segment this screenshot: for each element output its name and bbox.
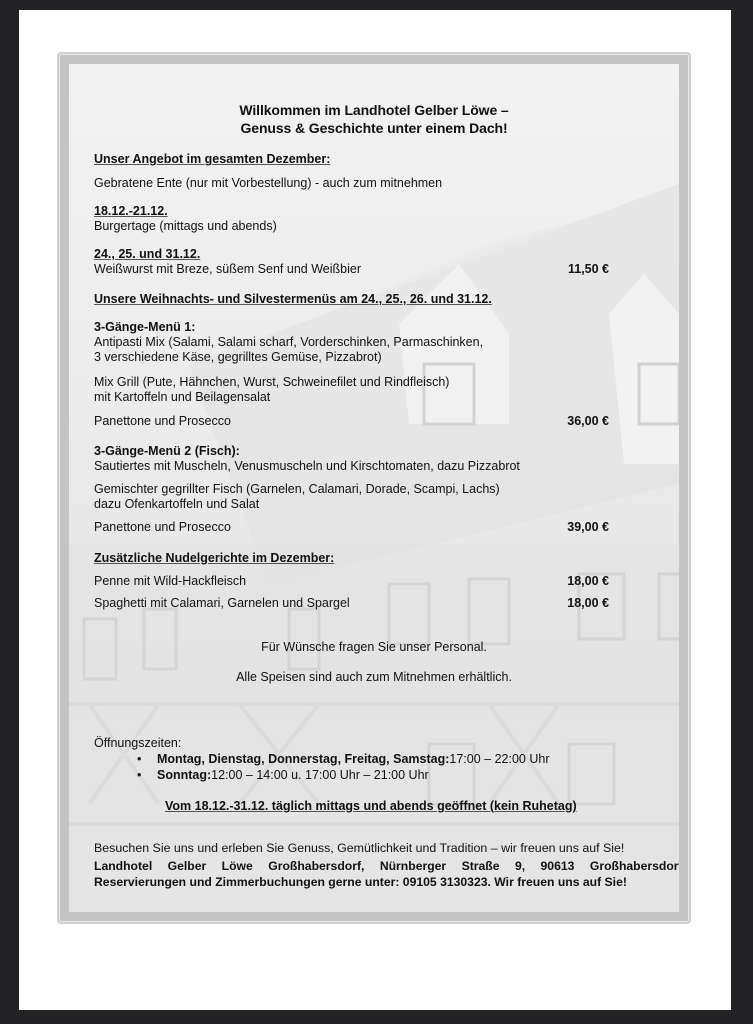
burger-date: 18.12.-21.12. xyxy=(94,204,168,218)
title-line-2: Genuss & Geschichte unter einem Dach! xyxy=(69,119,679,137)
pasta-heading: Zusätzliche Nudelgerichte im Dezember: xyxy=(94,551,334,565)
flyer-frame: Willkommen im Landhotel Gelber Löwe – Ge… xyxy=(57,52,691,924)
pasta-item-price: 18,00 € xyxy=(529,596,609,610)
title-line-1: Willkommen im Landhotel Gelber Löwe – xyxy=(69,101,679,119)
burger-offer: Burgertage (mittags und abends) xyxy=(94,219,277,233)
holiday-hours-note: Vom 18.12.-31.12. täglich mittags und ab… xyxy=(165,799,577,813)
menu1-price: 36,00 € xyxy=(529,414,609,428)
flyer-content: Willkommen im Landhotel Gelber Löwe – Ge… xyxy=(69,64,679,912)
address-text: Landhotel Gelber Löwe Großhabersdorf, Nü… xyxy=(94,859,679,873)
hours-item: • Sonntag: 12:00 – 14:00 u. 17:00 Uhr – … xyxy=(137,768,429,782)
menu2-title: 3-Gänge-Menü 2 (Fisch): xyxy=(94,444,240,458)
menu2-course2-line2: dazu Ofenkartoffeln und Salat xyxy=(94,497,259,511)
weisswurst-price: 11,50 € xyxy=(529,262,609,276)
weisswurst-offer: Weißwurst mit Breze, süßem Senf und Weiß… xyxy=(94,262,361,276)
hours-time: 17:00 – 22:00 Uhr xyxy=(449,752,549,766)
december-heading: Unser Angebot im gesamten Dezember: xyxy=(94,152,330,166)
takeaway-note: Alle Speisen sind auch zum Mitnehmen erh… xyxy=(69,670,679,684)
duck-offer: Gebratene Ente (nur mit Vorbestellung) -… xyxy=(94,176,442,190)
menu1-title: 3-Gänge-Menü 1: xyxy=(94,320,195,334)
menu1-course2-line2: mit Kartoffeln und Beilagensalat xyxy=(94,390,270,404)
menu1-course1-line1: Antipasti Mix (Salami, Salami scharf, Vo… xyxy=(94,335,483,349)
menu1-course2-line1: Mix Grill (Pute, Hähnchen, Wurst, Schwei… xyxy=(94,375,449,389)
menu2-course1: Sautiertes mit Muscheln, Venusmuscheln u… xyxy=(94,459,520,473)
bullet-icon: • xyxy=(137,752,157,766)
flyer-panel: Willkommen im Landhotel Gelber Löwe – Ge… xyxy=(69,64,679,912)
wishes-note: Für Wünsche fragen Sie unser Personal. xyxy=(69,640,679,654)
pasta-item-price: 18,00 € xyxy=(529,574,609,588)
hours-days: Sonntag: xyxy=(157,768,211,782)
hours-item: • Montag, Dienstag, Donnerstag, Freitag,… xyxy=(137,752,549,766)
invite-text: Besuchen Sie uns und erleben Sie Genuss,… xyxy=(94,841,624,855)
hours-label: Öffnungszeiten: xyxy=(94,736,181,750)
document-page: Willkommen im Landhotel Gelber Löwe – Ge… xyxy=(19,10,731,1010)
weisswurst-date: 24., 25. und 31.12. xyxy=(94,247,200,261)
menu1-course3: Panettone und Prosecco xyxy=(94,414,231,428)
bullet-icon: • xyxy=(137,768,157,782)
menu2-course3: Panettone und Prosecco xyxy=(94,520,231,534)
menu2-course2-line1: Gemischter gegrillter Fisch (Garnelen, C… xyxy=(94,482,500,496)
reservation-text: Reservierungen und Zimmerbuchungen gerne… xyxy=(94,875,627,889)
pasta-item-name: Penne mit Wild-Hackfleisch xyxy=(94,574,246,588)
menus-heading: Unsere Weihnachts- und Silvestermenüs am… xyxy=(94,292,492,306)
pasta-item-name: Spaghetti mit Calamari, Garnelen und Spa… xyxy=(94,596,350,610)
hours-time: 12:00 – 14:00 u. 17:00 Uhr – 21:00 Uhr xyxy=(211,768,429,782)
hours-days: Montag, Dienstag, Donnerstag, Freitag, S… xyxy=(157,752,449,766)
menu1-course1-line2: 3 verschiedene Käse, gegrilltes Gemüse, … xyxy=(94,350,382,364)
menu2-price: 39,00 € xyxy=(529,520,609,534)
